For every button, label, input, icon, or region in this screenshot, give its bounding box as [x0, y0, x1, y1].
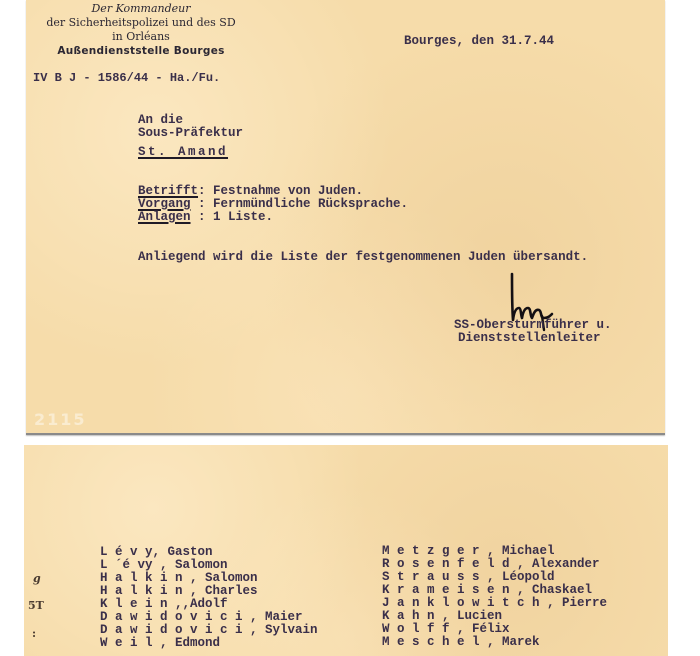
vorgang-label: Vorgang [138, 197, 191, 211]
list-item: W o l f f , Félix [382, 622, 510, 636]
list-item: K l e i n ,,Adolf [100, 597, 228, 611]
letterhead-line-1: Der Kommandeur [26, 2, 256, 15]
list-item: R o s e n f e l d , Alexander [382, 557, 600, 571]
signature-title-1: SS-Obersturmführer u. [454, 318, 612, 332]
list-item: K r a m e i s e n , Chaskael [382, 583, 592, 597]
faint-stamp-mark: 2115 [34, 410, 87, 429]
subject-anlagen: Anlagen : 1 Liste. [138, 210, 273, 224]
betrifft-value: : Festnahme von Juden. [198, 184, 363, 198]
reference-number: IV B J - 1586/44 - Ha./Fu. [33, 71, 220, 85]
list-item: J a n k l o w i t c h , Pierre [382, 596, 607, 610]
vorgang-value: : Fernmündliche Rücksprache. [191, 197, 409, 211]
place-date: Bourges, den 31.7.44 [404, 34, 554, 48]
list-item: W e i l , Edmond [100, 636, 220, 650]
recipient-line-3: St. Amand [138, 145, 228, 159]
list-item: H a l k i n , Charles [100, 584, 258, 598]
letterhead-stamp: Der Kommandeur der Sicherheitspolizei un… [26, 2, 256, 59]
margin-mark-3: : [32, 627, 36, 640]
list-item: M e t z g e r , Michael [382, 544, 555, 558]
list-item: D a w i d o v i c i , Maier [100, 610, 303, 624]
letterhead-line-4: Außendienststelle Bourges [26, 44, 256, 59]
subject-betrifft: Betrifft: Festnahme von Juden. [138, 184, 363, 198]
list-page: g 5T : L é v y, Gaston L ´é vy , Salomon… [24, 445, 668, 656]
list-item: L ´é vy , Salomon [100, 558, 228, 572]
list-item: M e s c h e l , Marek [382, 635, 540, 649]
signature-title-2: Dienststellenleiter [458, 331, 601, 345]
betrifft-label: Betrifft [138, 184, 198, 198]
anlagen-label: Anlagen [138, 210, 191, 224]
body-text: Anliegend wird die Liste der festgenomme… [138, 250, 588, 264]
recipient-line-2: Sous-Präfektur [138, 126, 243, 140]
list-item: D a w i d o v i c i , Sylvain [100, 623, 318, 637]
anlagen-value: : 1 Liste. [191, 210, 274, 224]
letterhead-line-2: der Sicherheitspolizei und des SD [26, 15, 256, 30]
letterhead-line-3: in Orléans [26, 30, 256, 44]
subject-vorgang: Vorgang : Fernmündliche Rücksprache. [138, 197, 408, 211]
list-item: L é v y, Gaston [100, 545, 213, 559]
list-item: S t r a u s s , Léopold [382, 570, 555, 584]
margin-mark-2: 5T [28, 599, 44, 612]
margin-mark-1: g [33, 572, 41, 585]
recipient-line-1: An die [138, 113, 183, 127]
letter-page: Der Kommandeur der Sicherheitspolizei un… [26, 0, 665, 435]
list-item: K a h n , Lucien [382, 609, 502, 623]
list-item: H a l k i n , Salomon [100, 571, 258, 585]
